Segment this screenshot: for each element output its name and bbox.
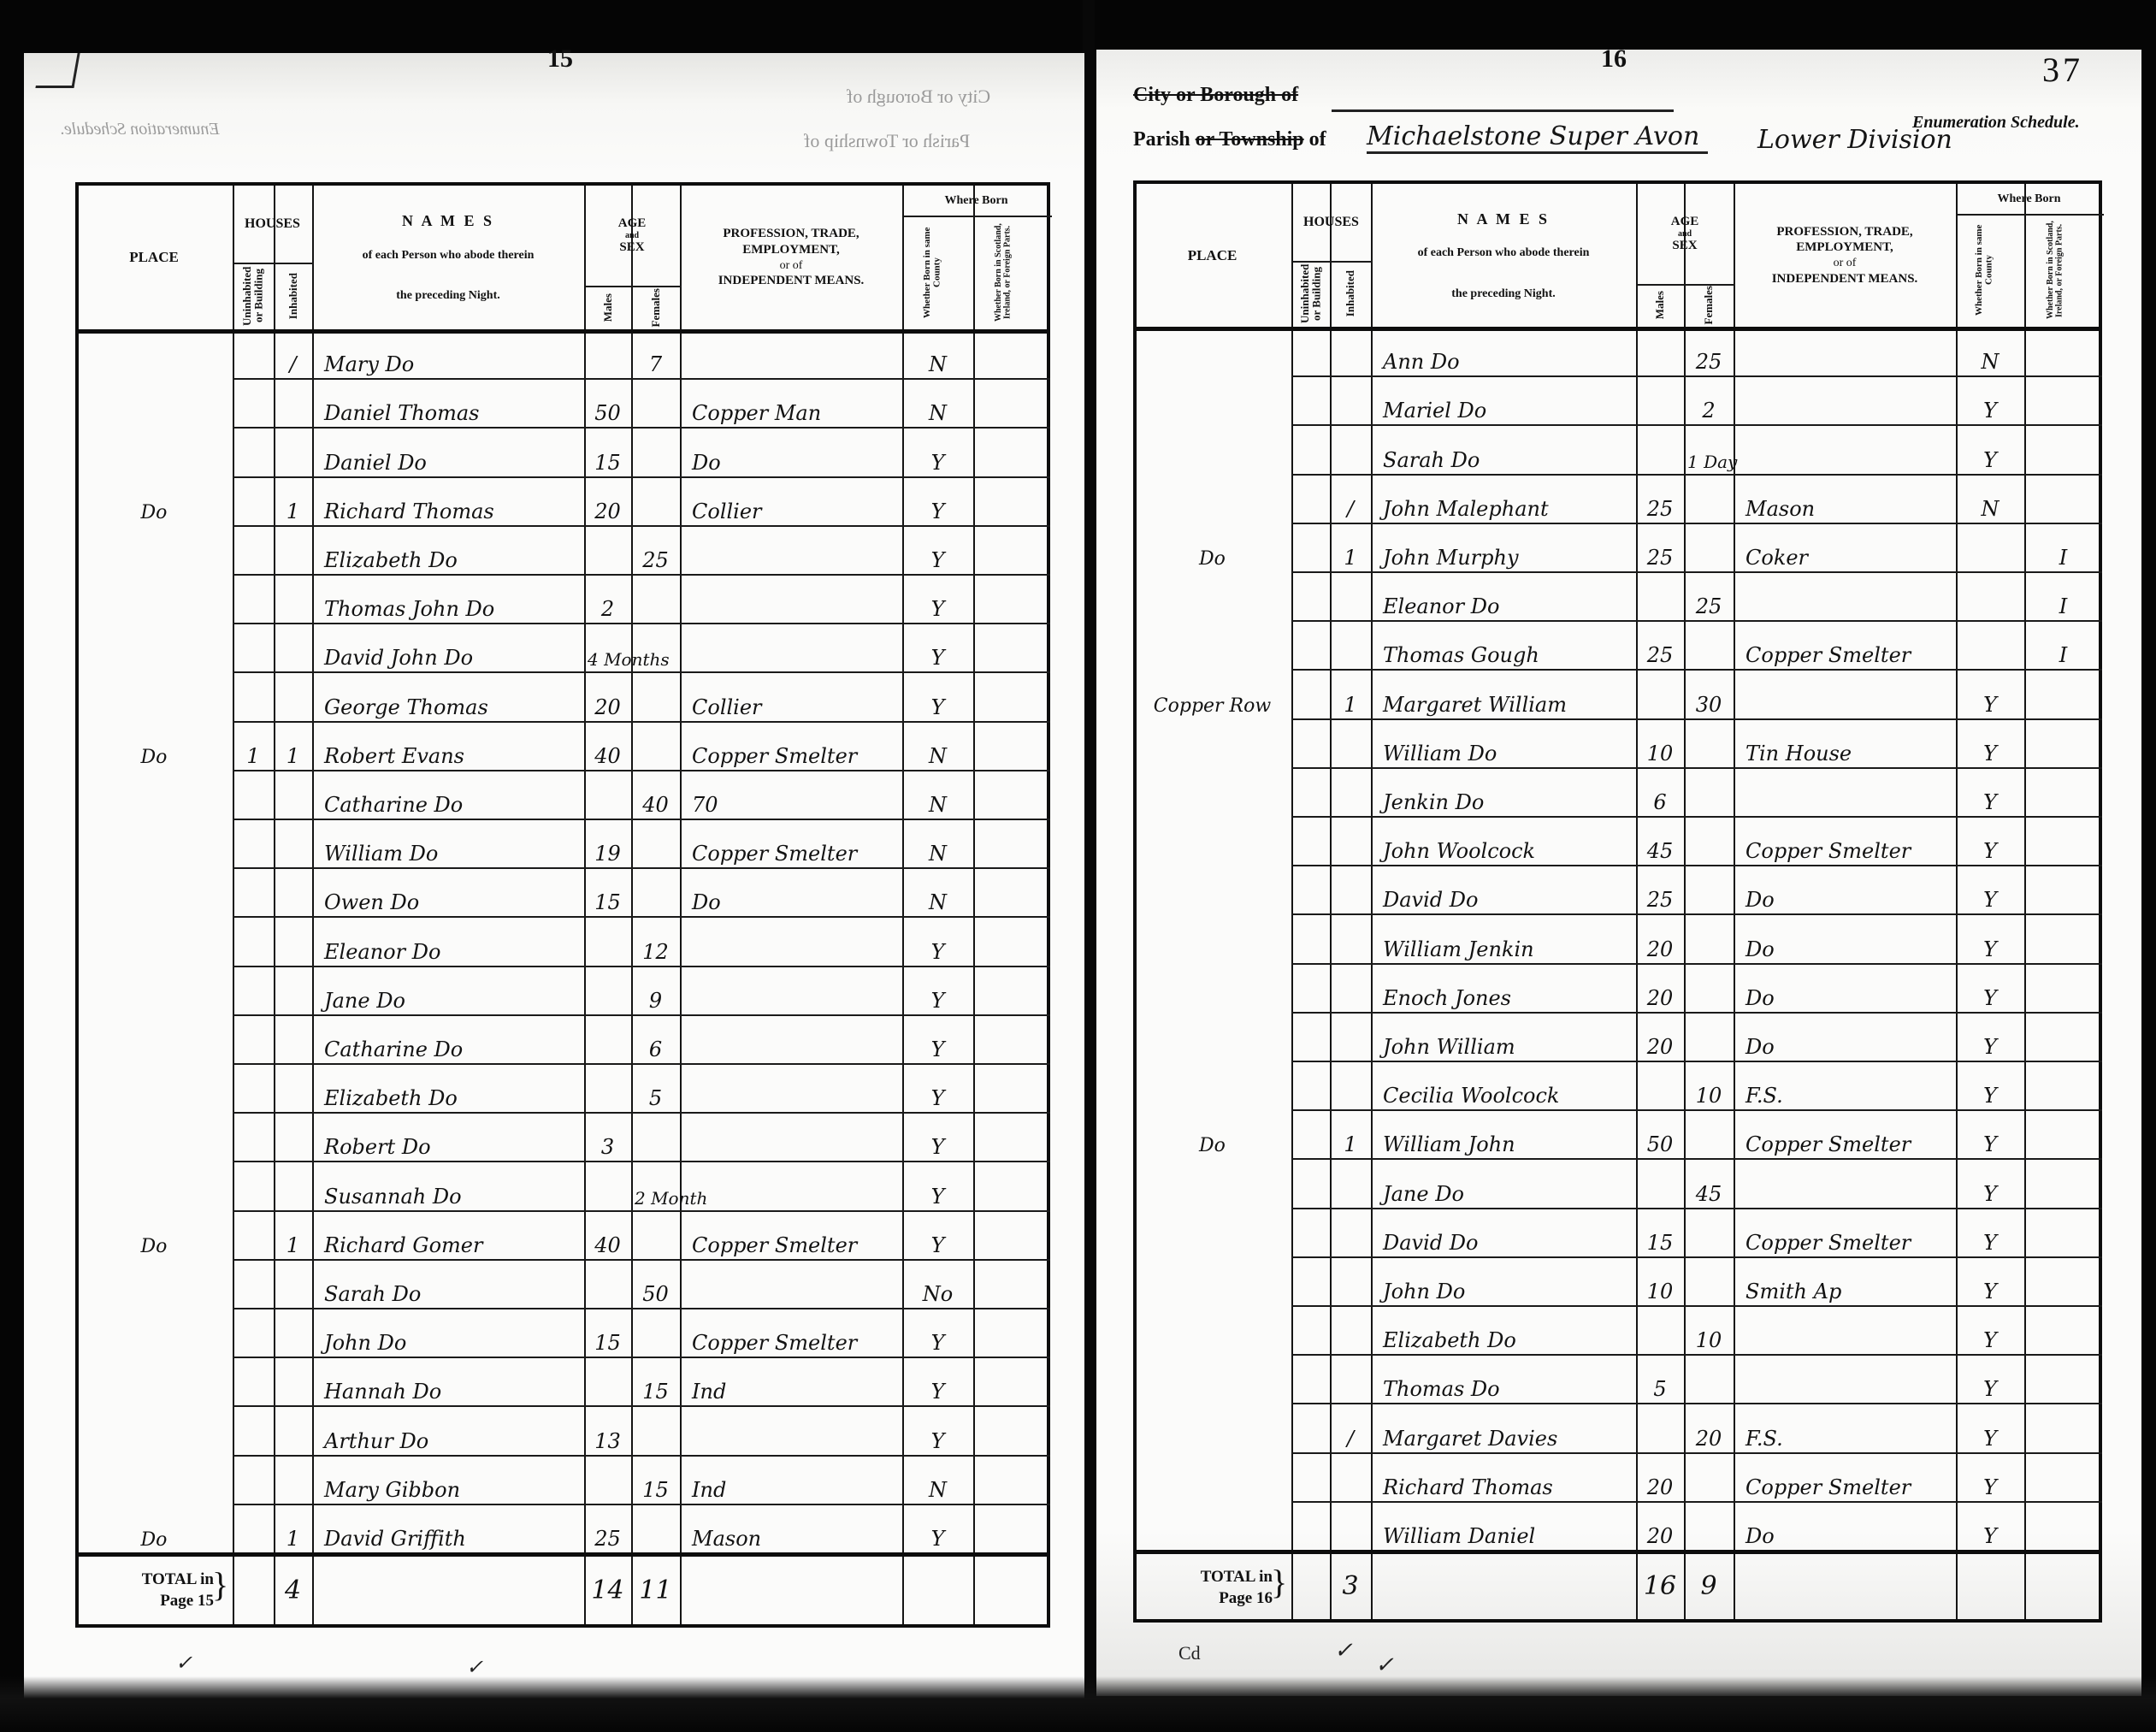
name-cell: Ann Do xyxy=(1371,330,1636,379)
inhabited-cell: / xyxy=(1330,1406,1371,1455)
males-age-cell: 20 xyxy=(584,675,631,724)
profession-cell: Coker xyxy=(1734,526,1956,575)
born-same-county-cell: Y xyxy=(1956,1456,2024,1504)
table-row: Arthur Do13Y xyxy=(79,1409,1047,1457)
table-row: Jane Do45Y xyxy=(1137,1162,2099,1210)
name-cell: William Do xyxy=(1371,722,1636,771)
inhabited-cell xyxy=(274,1018,312,1067)
parish-value: Michaelstone Super Avon xyxy=(1367,121,1708,154)
born-same-county-cell: N xyxy=(902,333,973,381)
inhabited-cell xyxy=(274,1458,312,1507)
table-row: Sarah Do50No xyxy=(79,1262,1047,1311)
table-row: Hannah Do15IndY xyxy=(79,1360,1047,1409)
born-same-county-cell: Y xyxy=(902,675,973,724)
born-same-county-cell: Y xyxy=(1956,868,2024,917)
name-cell: George Thomas xyxy=(312,675,584,724)
header-born-scotland-ireland: Whether Born in Scotland, Ireland, or Fo… xyxy=(973,216,1050,329)
born-scotland-ireland-cell xyxy=(973,1360,1050,1409)
place-cell xyxy=(1133,1357,1291,1406)
females-age-cell xyxy=(631,430,680,479)
females-age-cell: 1 Day xyxy=(1684,428,1734,476)
profession-cell xyxy=(1734,1309,1956,1357)
name-cell: Daniel Thomas xyxy=(312,381,584,430)
table-row: /John Malephant25MasonN xyxy=(1137,477,2099,526)
place-cell xyxy=(75,577,233,626)
name-cell: David Do xyxy=(1371,1211,1636,1260)
name-cell: William Do xyxy=(312,822,584,871)
uninhabited-cell xyxy=(233,773,274,822)
inhabited-cell xyxy=(1330,379,1371,428)
inhabited-cell xyxy=(1330,771,1371,819)
total-inhabited: 4 xyxy=(274,1556,312,1624)
inhabited-cell xyxy=(274,381,312,430)
females-age-cell xyxy=(1684,1456,1734,1504)
profession-cell xyxy=(680,1067,902,1115)
uninhabited-cell xyxy=(233,1458,274,1507)
inhabited-cell: 1 xyxy=(1330,672,1371,721)
name-cell: John Do xyxy=(312,1311,584,1360)
inhabited-cell xyxy=(274,1409,312,1457)
profession-cell: Collier xyxy=(680,675,902,724)
name-cell: Mariel Do xyxy=(1371,379,1636,428)
uninhabited-cell xyxy=(233,1311,274,1360)
place-cell xyxy=(75,1164,233,1213)
males-age-cell xyxy=(584,773,631,822)
inhabited-cell: 1 xyxy=(274,1214,312,1262)
inhabited-cell: 1 xyxy=(274,480,312,529)
born-scotland-ireland-cell xyxy=(973,1311,1050,1360)
born-scotland-ireland-cell xyxy=(2024,1260,2102,1309)
females-age-cell: 40 xyxy=(631,773,680,822)
place-cell xyxy=(1133,966,1291,1015)
place-cell xyxy=(1133,1504,1291,1553)
name-cell: Jenkin Do xyxy=(1371,771,1636,819)
females-age-cell xyxy=(631,1115,680,1164)
females-age-cell xyxy=(631,1507,680,1556)
uninhabited-cell xyxy=(1291,819,1330,868)
uninhabited-cell xyxy=(1291,771,1330,819)
females-age-cell xyxy=(631,577,680,626)
males-age-cell xyxy=(1636,1064,1684,1113)
right-folio-number: 16 xyxy=(1601,44,1627,74)
born-same-county-cell: Y xyxy=(902,577,973,626)
born-scotland-ireland-cell xyxy=(2024,722,2102,771)
profession-cell xyxy=(1734,1357,1956,1406)
table-row: Susannah Do2 MonthY xyxy=(79,1164,1047,1213)
males-age-cell xyxy=(1636,1309,1684,1357)
profession-cell xyxy=(680,1262,902,1311)
females-age-cell xyxy=(1684,868,1734,917)
females-age-cell xyxy=(631,724,680,773)
born-same-county-cell: Y xyxy=(1956,917,2024,966)
females-age-cell xyxy=(631,871,680,919)
males-age-cell: 25 xyxy=(1636,526,1684,575)
profession-cell: Tin House xyxy=(1734,722,1956,771)
place-cell xyxy=(1133,330,1291,379)
inhabited-cell xyxy=(1330,1309,1371,1357)
uninhabited-cell xyxy=(1291,1357,1330,1406)
uninhabited-cell xyxy=(233,1067,274,1115)
uninhabited-cell xyxy=(1291,1309,1330,1357)
page-corner-mark xyxy=(35,53,80,88)
table-row: Copper Row1Margaret William30Y xyxy=(1137,672,2099,721)
inhabited-cell xyxy=(1330,575,1371,624)
bottom-check-mark: ✓ xyxy=(1334,1638,1353,1664)
table-row: Thomas Gough25Copper SmelterI xyxy=(1137,624,2099,672)
uninhabited-cell xyxy=(233,1360,274,1409)
born-scotland-ireland-cell xyxy=(973,919,1050,968)
born-same-county-cell: N xyxy=(902,773,973,822)
profession-cell: Smith Ap xyxy=(1734,1260,1956,1309)
born-same-county-cell: Y xyxy=(1956,1064,2024,1113)
uninhabited-cell xyxy=(233,333,274,381)
males-age-cell: 6 xyxy=(1636,771,1684,819)
born-scotland-ireland-cell xyxy=(2024,1309,2102,1357)
name-cell: Richard Thomas xyxy=(1371,1456,1636,1504)
header-names: N A M E Sof each Person who abode therei… xyxy=(312,186,584,329)
females-age-cell xyxy=(1684,1211,1734,1260)
place-cell: Do xyxy=(1133,1113,1291,1162)
header-houses: HOUSES xyxy=(233,186,312,263)
females-age-cell: 10 xyxy=(1684,1309,1734,1357)
born-scotland-ireland-cell: I xyxy=(2024,526,2102,575)
name-cell: Mary Do xyxy=(312,333,584,381)
name-cell: Catharine Do xyxy=(312,773,584,822)
name-cell: John Woolcock xyxy=(1371,819,1636,868)
header-place: PLACE xyxy=(1133,184,1291,327)
males-age-cell: 50 xyxy=(1636,1113,1684,1162)
table-row: /Mary Do7N xyxy=(79,333,1047,381)
born-same-county-cell: N xyxy=(902,381,973,430)
name-cell: Margaret William xyxy=(1371,672,1636,721)
place-cell xyxy=(1133,819,1291,868)
place-cell xyxy=(75,919,233,968)
name-cell: David John Do xyxy=(312,626,584,675)
bottom-check-mark: ✓ xyxy=(1375,1652,1394,1678)
males-age-cell xyxy=(1636,575,1684,624)
inhabited-cell: / xyxy=(274,333,312,381)
table-row: Do1John Murphy25CokerI xyxy=(1137,526,2099,575)
place-cell xyxy=(75,333,233,381)
females-age-cell xyxy=(1684,1357,1734,1406)
inhabited-cell xyxy=(274,577,312,626)
total-label: TOTAL inPage 15 xyxy=(87,1569,214,1611)
born-scotland-ireland-cell xyxy=(973,333,1050,381)
born-scotland-ireland-cell xyxy=(973,773,1050,822)
born-scotland-ireland-cell xyxy=(2024,672,2102,721)
uninhabited-cell xyxy=(233,822,274,871)
uninhabited-cell xyxy=(1291,1162,1330,1210)
place-cell xyxy=(1133,1015,1291,1064)
total-females: 11 xyxy=(631,1556,680,1624)
females-age-cell xyxy=(1684,819,1734,868)
inhabited-cell xyxy=(274,1067,312,1115)
born-scotland-ireland-cell xyxy=(973,1262,1050,1311)
females-age-cell: 25 xyxy=(1684,575,1734,624)
born-scotland-ireland-cell xyxy=(2024,1064,2102,1113)
females-age-cell xyxy=(1684,624,1734,672)
females-age-cell xyxy=(631,1311,680,1360)
table-row: David Do15Copper SmelterY xyxy=(1137,1211,2099,1260)
table-row: David John Do4 MonthsY xyxy=(79,626,1047,675)
inhabited-cell xyxy=(1330,1260,1371,1309)
table-row: John Do15Copper SmelterY xyxy=(79,1311,1047,1360)
males-age-cell: 20 xyxy=(1636,966,1684,1015)
place-cell xyxy=(1133,1162,1291,1210)
born-scotland-ireland-cell xyxy=(973,529,1050,577)
inhabited-cell xyxy=(274,822,312,871)
profession-cell: Do xyxy=(1734,1504,1956,1553)
header-females: Females xyxy=(631,286,680,329)
uninhabited-cell xyxy=(1291,722,1330,771)
males-age-cell: 10 xyxy=(1636,722,1684,771)
born-same-county-cell: N xyxy=(902,822,973,871)
place-cell xyxy=(1133,428,1291,476)
born-same-county-cell: Y xyxy=(1956,722,2024,771)
table-row: Daniel Thomas50Copper ManN xyxy=(79,381,1047,430)
table-row: Thomas John Do2Y xyxy=(79,577,1047,626)
inhabited-cell xyxy=(1330,868,1371,917)
table-row: Elizabeth Do25Y xyxy=(79,529,1047,577)
females-age-cell xyxy=(631,626,680,675)
profession-cell: Do xyxy=(680,871,902,919)
place-cell xyxy=(1133,1064,1291,1113)
table-row: John William20DoY xyxy=(1137,1015,2099,1064)
uninhabited-cell xyxy=(1291,1064,1330,1113)
born-same-county-cell: No xyxy=(902,1262,973,1311)
born-scotland-ireland-cell xyxy=(973,430,1050,479)
females-age-cell xyxy=(1684,477,1734,526)
uninhabited-cell xyxy=(233,871,274,919)
females-age-cell: 2 xyxy=(1684,379,1734,428)
profession-cell: Do xyxy=(1734,1015,1956,1064)
place-cell xyxy=(1133,379,1291,428)
name-cell: Eleanor Do xyxy=(1371,575,1636,624)
table-row: Do1Richard Gomer40Copper SmelterY xyxy=(79,1214,1047,1262)
name-cell: Richard Gomer xyxy=(312,1214,584,1262)
born-same-county-cell: Y xyxy=(1956,966,2024,1015)
born-scotland-ireland-cell xyxy=(973,871,1050,919)
profession-cell xyxy=(1734,771,1956,819)
males-age-cell xyxy=(584,1164,631,1213)
uninhabited-cell xyxy=(1291,428,1330,476)
born-scotland-ireland-cell xyxy=(2024,1504,2102,1553)
header-born-same-county: Whether Born in same County xyxy=(1956,214,2024,327)
name-cell: Owen Do xyxy=(312,871,584,919)
born-same-county-cell: Y xyxy=(902,1115,973,1164)
table-row: Robert Do3Y xyxy=(79,1115,1047,1164)
males-age-cell xyxy=(1636,428,1684,476)
inhabited-cell xyxy=(1330,722,1371,771)
place-cell xyxy=(75,529,233,577)
table-row: /Margaret Davies20F.S.Y xyxy=(1137,1406,2099,1455)
born-scotland-ireland-cell xyxy=(973,381,1050,430)
header-inhabited: Inhabited xyxy=(1330,261,1371,327)
name-cell: Enoch Jones xyxy=(1371,966,1636,1015)
born-same-county-cell: Y xyxy=(1956,1357,2024,1406)
uninhabited-cell xyxy=(233,1409,274,1457)
table-row: Jenkin Do6Y xyxy=(1137,771,2099,819)
uninhabited-cell xyxy=(1291,1504,1330,1553)
name-cell: Catharine Do xyxy=(312,1018,584,1067)
uninhabited-cell xyxy=(233,675,274,724)
inhabited-cell xyxy=(274,773,312,822)
table-row: William Do19Copper SmelterN xyxy=(79,822,1047,871)
name-cell: Daniel Do xyxy=(312,430,584,479)
males-age-cell: 40 xyxy=(584,1214,631,1262)
males-age-cell: 20 xyxy=(1636,1015,1684,1064)
header-place: PLACE xyxy=(75,186,233,329)
place-cell xyxy=(75,1409,233,1457)
females-age-cell: 25 xyxy=(1684,330,1734,379)
born-scotland-ireland-cell xyxy=(973,1214,1050,1262)
table-row: Richard Thomas20Copper SmelterY xyxy=(1137,1456,2099,1504)
place-cell xyxy=(75,1115,233,1164)
profession-cell xyxy=(1734,428,1956,476)
total-males: 16 xyxy=(1636,1553,1684,1619)
total-brace: } xyxy=(1271,1565,1287,1599)
profession-cell xyxy=(1734,379,1956,428)
table-row: Elizabeth Do10Y xyxy=(1137,1309,2099,1357)
uninhabited-cell xyxy=(1291,575,1330,624)
born-same-county-cell: N xyxy=(1956,330,2024,379)
header-uninhabited: Uninhabited or Building xyxy=(1291,261,1330,327)
uninhabited-cell xyxy=(233,626,274,675)
inhabited-cell xyxy=(274,1262,312,1311)
born-scotland-ireland-cell xyxy=(973,1458,1050,1507)
name-cell: William John xyxy=(1371,1113,1636,1162)
inhabited-cell: / xyxy=(1330,477,1371,526)
header-females: Females xyxy=(1684,284,1734,327)
bleed-enumeration-schedule: Enumeration Schedule. xyxy=(60,120,220,139)
profession-cell xyxy=(680,529,902,577)
females-age-cell: 30 xyxy=(1684,672,1734,721)
table-row: Mary Gibbon15IndN xyxy=(79,1458,1047,1507)
city-or-borough-label: City or Borough of xyxy=(1133,84,1298,107)
females-age-cell xyxy=(1684,1504,1734,1553)
uninhabited-cell xyxy=(233,430,274,479)
header-where-born: Where Born xyxy=(902,186,1050,216)
born-same-county-cell: Y xyxy=(902,1409,973,1457)
uninhabited-cell xyxy=(233,1164,274,1213)
header-males: Males xyxy=(584,286,631,329)
name-cell: Jane Do xyxy=(1371,1162,1636,1210)
table-row: Enoch Jones20DoY xyxy=(1137,966,2099,1015)
females-age-cell xyxy=(1684,722,1734,771)
uninhabited-cell xyxy=(1291,868,1330,917)
inhabited-cell xyxy=(274,529,312,577)
females-age-cell: 2 Month xyxy=(631,1164,680,1213)
uninhabited-cell xyxy=(233,1214,274,1262)
females-age-cell: 15 xyxy=(631,1360,680,1409)
profession-cell: Do xyxy=(1734,917,1956,966)
born-scotland-ireland-cell xyxy=(2024,917,2102,966)
inhabited-cell xyxy=(1330,917,1371,966)
males-age-cell: 20 xyxy=(1636,1504,1684,1553)
profession-cell: F.S. xyxy=(1734,1064,1956,1113)
profession-cell: Ind xyxy=(680,1360,902,1409)
males-age-cell xyxy=(584,529,631,577)
table-row: Catharine Do4070N xyxy=(79,773,1047,822)
males-age-cell: 25 xyxy=(1636,477,1684,526)
males-age-cell xyxy=(1636,672,1684,721)
inhabited-cell xyxy=(274,969,312,1018)
uninhabited-cell xyxy=(1291,379,1330,428)
profession-cell: Copper Smelter xyxy=(1734,819,1956,868)
females-age-cell xyxy=(1684,1113,1734,1162)
name-cell: Eleanor Do xyxy=(312,919,584,968)
inhabited-cell xyxy=(274,1164,312,1213)
born-scotland-ireland-cell xyxy=(2024,1456,2102,1504)
born-scotland-ireland-cell xyxy=(973,724,1050,773)
place-cell xyxy=(1133,917,1291,966)
born-scotland-ireland-cell xyxy=(2024,966,2102,1015)
header-houses: HOUSES xyxy=(1291,184,1371,261)
table-row: Jane Do9Y xyxy=(79,969,1047,1018)
uninhabited-cell xyxy=(1291,330,1330,379)
females-age-cell xyxy=(1684,526,1734,575)
header-born-scotland-ireland: Whether Born in Scotland, Ireland, or Fo… xyxy=(2024,214,2102,327)
born-same-county-cell: N xyxy=(902,724,973,773)
parish-label: Parish or Township of xyxy=(1133,128,1326,151)
males-age-cell xyxy=(584,1360,631,1409)
uninhabited-cell xyxy=(1291,966,1330,1015)
place-cell xyxy=(75,1018,233,1067)
profession-cell: F.S. xyxy=(1734,1406,1956,1455)
uninhabited-cell xyxy=(233,480,274,529)
females-age-cell: 20 xyxy=(1684,1406,1734,1455)
females-age-cell xyxy=(631,1214,680,1262)
females-age-cell: 15 xyxy=(631,1458,680,1507)
place-cell xyxy=(75,381,233,430)
table-row: William Daniel20DoY xyxy=(1137,1504,2099,1553)
profession-cell xyxy=(680,626,902,675)
born-scotland-ireland-cell xyxy=(973,969,1050,1018)
inhabited-cell xyxy=(274,675,312,724)
inhabited-cell xyxy=(1330,1456,1371,1504)
profession-cell xyxy=(1734,672,1956,721)
born-scotland-ireland-cell xyxy=(2024,1211,2102,1260)
header-names: N A M E Sof each Person who abode therei… xyxy=(1371,184,1636,327)
inhabited-cell xyxy=(1330,330,1371,379)
males-age-cell: 50 xyxy=(584,381,631,430)
page-bottom-shadow xyxy=(0,1676,2156,1732)
table-row: Owen Do15DoN xyxy=(79,871,1047,919)
males-age-cell xyxy=(1636,1162,1684,1210)
females-age-cell: 6 xyxy=(631,1018,680,1067)
name-cell: Elizabeth Do xyxy=(312,529,584,577)
inhabited-cell: 1 xyxy=(274,724,312,773)
born-scotland-ireland-cell xyxy=(2024,819,2102,868)
name-cell: Elizabeth Do xyxy=(1371,1309,1636,1357)
born-scotland-ireland-cell xyxy=(973,1018,1050,1067)
profession-cell xyxy=(1734,330,1956,379)
place-cell xyxy=(75,1360,233,1409)
uninhabited-cell xyxy=(233,1262,274,1311)
inhabited-cell xyxy=(1330,1211,1371,1260)
name-cell: Jane Do xyxy=(312,969,584,1018)
profession-cell xyxy=(680,1115,902,1164)
stamp-number: 37 xyxy=(2042,50,2083,90)
born-scotland-ireland-cell xyxy=(2024,1015,2102,1064)
profession-cell: Copper Smelter xyxy=(680,724,902,773)
place-cell xyxy=(1133,1406,1291,1455)
table-row: Cecilia Woolcock10F.S.Y xyxy=(1137,1064,2099,1113)
females-age-cell: 45 xyxy=(1684,1162,1734,1210)
header-age-sex: AGEandSEX xyxy=(1636,184,1734,284)
name-cell: John Murphy xyxy=(1371,526,1636,575)
born-same-county-cell: Y xyxy=(1956,819,2024,868)
